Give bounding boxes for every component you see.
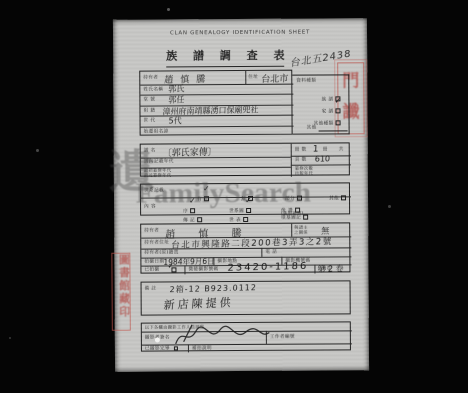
dust-speck [36, 149, 39, 152]
contents-table: 世系記載 有✓ 無 部分 其他 內 容 序✓ 世系圖✓ 像 讚 傳 記 世 表 … [140, 182, 350, 215]
recorded-era-label: 譜內記載年代 [144, 159, 174, 164]
other-fill-line [319, 130, 348, 131]
remarks-line1-handwritten: 2箱-12 B923.0112 [169, 282, 257, 295]
pages-label: 頁 數 [295, 158, 307, 163]
generation-table-label: 世 表 [229, 218, 241, 223]
remarks-box: 備 註 2箱-12 B923.0112 新店陳提供 [141, 280, 351, 315]
document-header-english: CLAN GENEALOGY IDENTIFICATION SHEET [113, 29, 367, 37]
content-label: 內 容 [144, 205, 156, 210]
ancestral-home-label: 祖 籍 [143, 109, 155, 114]
holder-label: 持有者 [144, 229, 159, 234]
generations-label: 世 代 [144, 119, 156, 124]
publish-era-label: 出版年代 [295, 172, 313, 177]
owner-label: 持有者 [143, 76, 158, 81]
signature-scribble [172, 321, 272, 348]
owner-filming-table: 持有者 趙 慎 騰 與譜主 之關係 無 持有者住址 台北市興隆路二段200巷3弄… [140, 222, 350, 273]
document-title-chinese: 族 譜 調 查 表 [166, 47, 284, 68]
seal-vertical-text: 圖書館藏印 [115, 254, 130, 319]
other-checkbox [341, 195, 346, 200]
remarks-line2-handwritten: 新店陳提供 [163, 294, 234, 313]
remarks-label: 備 註 [145, 287, 157, 292]
address-label: 住址 [248, 75, 258, 80]
worker-id-label: 工作者編號 [270, 335, 295, 340]
red-seal-stamp-left: 圖書館藏印 [111, 253, 130, 331]
grave-map-checkbox [303, 215, 308, 220]
microfilm-number-label: 微捲攝影號碼 [188, 267, 218, 272]
pages-handwritten: 610 [315, 154, 331, 163]
checkmark: ✓ [167, 261, 174, 270]
origin-label: 持有者(原)籍貫 [144, 250, 178, 255]
filming-complete-label: 已攝影完畢 [145, 346, 170, 351]
dust-speck [388, 205, 391, 208]
dust-speck [167, 8, 170, 11]
photographer-table: 以下各欄由攝影工作人員填寫 攝影者簽名 工作者編號 已攝影完畢 補拍說明 [141, 321, 351, 351]
surname-handwritten: 郭氏 [168, 83, 185, 94]
volumes-handwritten: 1 [312, 144, 318, 154]
generation-table-checkbox [243, 217, 248, 222]
surname-label: 姓氏名稱 [143, 87, 163, 92]
holder-address-label: 持有者住址 [144, 240, 169, 245]
microfilm-number-handwritten: 23420-1186 [227, 261, 308, 274]
generations-handwritten: 5代 [168, 115, 182, 126]
volumes-extra: 共 [339, 147, 344, 152]
genealogy-title-handwritten: 〔郭氏家傳〕 [162, 145, 217, 159]
hall-name-label: 堂 號 [143, 98, 155, 103]
record-type-header: 資料種類 [296, 79, 316, 84]
volumes-suffix: 冊 [323, 147, 328, 152]
address-city-handwritten: 台北市 [261, 71, 289, 85]
other-type-checkbox [336, 120, 341, 125]
checkmark: ✓ [203, 184, 210, 193]
has-label: 有 [197, 197, 202, 202]
scan-background: CLAN GENEALOGY IDENTIFICATION SHEET 族 譜 … [0, 0, 468, 393]
dust-speck [9, 337, 11, 339]
film-date-label: 拍攝日期 [144, 259, 164, 264]
scan-artifact [155, 337, 160, 342]
other-label: 其他 [307, 126, 317, 131]
lineage-record-label: 世系記載 [144, 188, 164, 193]
other-label: 其他 [329, 196, 339, 201]
genealogy-title-label: 譜 名 [144, 149, 156, 154]
checkmark: ✓ [245, 196, 252, 205]
title-volume-table: 譜 名 〔郭氏家傳〕 譜內記載年代 最初纂修年代 最近纂修年代 冊 數 1 冊 … [140, 142, 350, 176]
first-ancestor-label: 始遷祖名諱 [144, 129, 169, 134]
volumes-label: 冊 數 [295, 148, 307, 153]
last-compiled-label: 最近纂修年代 [144, 173, 172, 178]
checkmark: ✓ [189, 196, 196, 205]
reel-number-handwritten: 第 2 卷 [317, 263, 344, 275]
filmed-label: 已拍攝 [144, 267, 159, 272]
clan-rules-label: (族規祖訓) [281, 212, 303, 217]
checkmark: ✓ [334, 96, 341, 105]
hall-name-handwritten: 郭任 [168, 94, 185, 105]
biography-label: 傳 記 [183, 218, 195, 223]
document-paper: CLAN GENEALOGY IDENTIFICATION SHEET 族 譜 … [113, 18, 369, 372]
record-type-box: 資料種類 族 譜 家 譜✓ 其他種類 其他 [292, 74, 349, 134]
clan-info-table: 持有者 趙慎騰 住址 台北市 姓氏名稱 郭氏 堂 號 郭任 祖 籍 漳州府南靖縣… [139, 70, 292, 136]
phone-label: 電 話 [265, 250, 277, 255]
biography-checkbox [197, 217, 202, 222]
has-checkbox [204, 196, 209, 201]
